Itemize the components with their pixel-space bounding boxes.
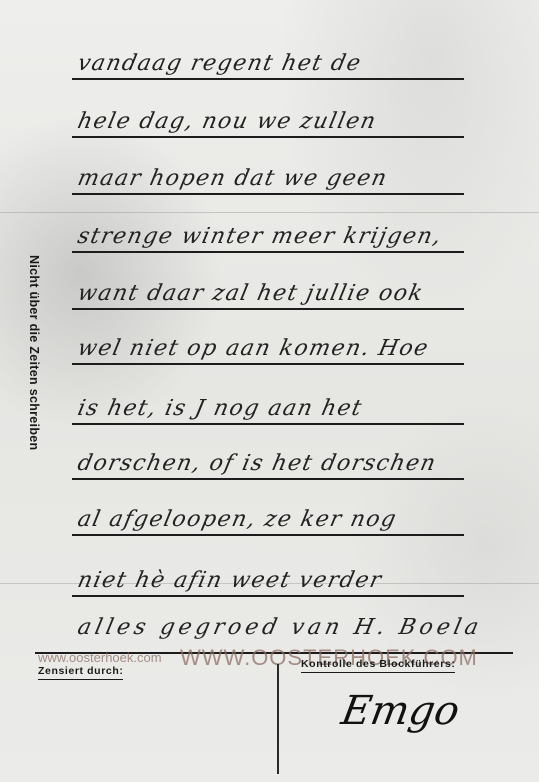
handwritten-text: vandaag regent het de	[75, 51, 364, 76]
handwritten-line: dorschen, of is het dorschen	[72, 438, 464, 480]
handwritten-line: strenge winter meer krijgen,	[72, 211, 464, 253]
watermark-small: www.oosterhoek.com	[38, 650, 162, 665]
handwritten-text: hele dag, nou we zullen	[75, 109, 379, 134]
handwritten-text: dorschen, of is het dorschen	[75, 451, 439, 476]
handwritten-text: maar hopen dat we geen	[75, 166, 390, 191]
handwritten-text: al afgeloopen, ze ker nog	[75, 507, 399, 532]
zensiert-label: Zensiert durch:	[38, 665, 123, 680]
handwritten-text: niet hè afin weet verder	[75, 568, 384, 593]
censor-divider	[277, 664, 279, 774]
handwritten-line: maar hopen dat we geen	[72, 153, 464, 195]
blockfuehrer-signature: Emgo	[338, 688, 463, 734]
handwritten-line: wel niet op aan komen. Hoe	[72, 323, 464, 365]
closing-signature: alles gegroed van H. Boela	[75, 615, 484, 640]
margin-instruction: Nicht über die Zeiten schreiben	[27, 255, 41, 450]
kontrolle-label: Kontrolle des Blockführers:	[301, 658, 455, 673]
handwritten-line: al afgeloopen, ze ker nog	[72, 494, 464, 536]
handwritten-line: want daar zal het jullie ook	[72, 268, 464, 310]
handwritten-text: strenge winter meer krijgen,	[75, 224, 444, 249]
handwritten-line: is het, is J nog aan het	[72, 383, 464, 425]
handwritten-line: vandaag regent het de	[72, 38, 464, 80]
handwritten-text: want daar zal het jullie ook	[75, 281, 426, 306]
letter-page: Nicht über die Zeiten schreiben vandaag …	[0, 0, 539, 782]
handwritten-line: niet hè afin weet verder	[72, 555, 464, 597]
handwritten-text: wel niet op aan komen. Hoe	[75, 336, 431, 361]
handwritten-text: is het, is J nog aan het	[75, 396, 365, 421]
handwritten-line: hele dag, nou we zullen	[72, 96, 464, 138]
